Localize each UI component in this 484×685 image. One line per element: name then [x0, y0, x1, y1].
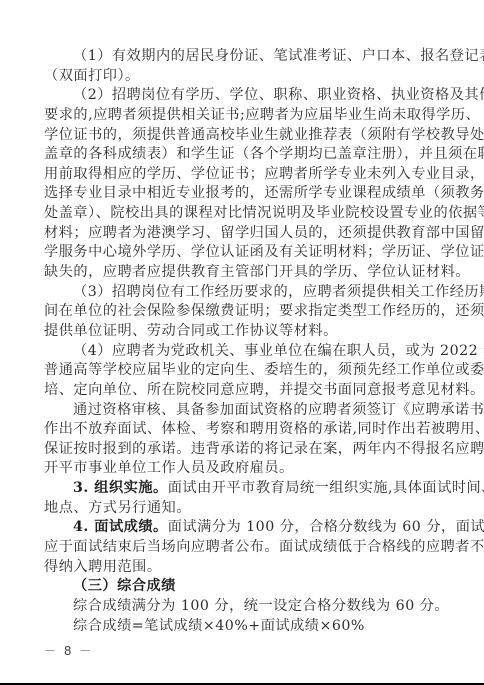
text-line: 开平市事业单位工作人员及政府雇员。 [44, 459, 435, 479]
page-number: － 8 － [44, 642, 93, 659]
text-line: 缺失的，应聘者应提供教育主管部门开具的学历、学位认证材料。 [44, 263, 435, 283]
document-body: （1）有效期内的居民身份证、笔试准考证、户口本、报名登记表 （双面打印）。 （2… [44, 47, 435, 636]
text-line: 处盖章）、院校出具的课程对比情况说明及毕业院校设置专业的依据等 [44, 204, 435, 224]
text-line: 通过资格审核、具备参加面试资格的应聘者须签订《应聘承诺书》, [44, 401, 435, 421]
text-line: 地点、方式另行通知。 [44, 499, 435, 519]
text-line: 学位证书的，须提供普通高校毕业生就业推荐表（须附有学校教导处 [44, 126, 435, 146]
text-line: 应于面试结束后当场向应聘者公布。面试成绩低于合格线的应聘者不 [44, 538, 435, 558]
text-line-item4: 4. 面试成绩。面试满分为 100 分，合格分数线为 60 分，面试成绩 [44, 518, 435, 538]
text-line: 选择专业目录中相近专业报考的，还需所学专业课程成绩单（须教务 [44, 184, 435, 204]
text-line: 得纳入聘用范围。 [44, 558, 435, 578]
text-line: 作出不放弃面试、体检、考察和聘用资格的承诺,同时作出若被聘用、 [44, 420, 435, 440]
text-line: 要求的,应聘者须提供相关证书;应聘者为应届毕业生尚未取得学历、 [44, 106, 435, 126]
text-line: （4）应聘者为党政机关、事业单位在编在职人员，或为 2022 年 [44, 342, 435, 362]
text-line: 普通高等学校应届毕业的定向生、委培生的，须预先经工作单位或委 [44, 361, 435, 381]
text-line: 盖章的各科成绩表）和学生证（各个学期均已盖章注册），并且须在聘 [44, 145, 435, 165]
formula-line: 综合成绩=笔试成绩×40%+面试成绩×60% [44, 617, 435, 637]
text-line: 综合成绩满分为 100 分，统一设定合格分数线为 60 分。 [44, 597, 435, 617]
text-line: 提供单位证明、劳动合同或工作协议等材料。 [44, 322, 435, 342]
section-heading-composite-score: （三）综合成绩 [44, 577, 435, 597]
text-line-item3: 3. 组织实施。面试由开平市教育局统一组织实施,具体面试时间、 [44, 479, 435, 499]
heading-interview-score: 4. 面试成绩。 [73, 519, 168, 535]
text-line: 培、定向单位、所在院校同意应聘，并提交书面同意报考意见材料。 [44, 381, 435, 401]
text-line: （3）招聘岗位有工作经历要求的，应聘者须提供相关工作经历期 [44, 283, 435, 303]
text-line: 间在单位的社会保险参保缴费证明；要求指定类型工作经历的，还须 [44, 302, 435, 322]
text-line: 用前取得相应的学历、学位证书；应聘者所学专业未列入专业目录， [44, 165, 435, 185]
text-line: （双面打印）。 [44, 67, 435, 87]
text-line: 保证按时报到的承诺。违背承诺的将记录在案，两年内不得报名应聘 [44, 440, 435, 460]
text-line: 材料；应聘者为港澳学习、留学归国人员的，还须提供教育部中国留 [44, 224, 435, 244]
text-line: （1）有效期内的居民身份证、笔试准考证、户口本、报名登记表 [44, 47, 435, 67]
text-line: （2）招聘岗位有学历、学位、职称、职业资格、执业资格及其他 [44, 86, 435, 106]
document-page: （1）有效期内的居民身份证、笔试准考证、户口本、报名登记表 （双面打印）。 （2… [0, 0, 484, 683]
heading-organization: 3. 组织实施。 [73, 480, 168, 496]
text-line: 学服务中心境外学历、学位认证函及有关证明材料；学历证、学位证 [44, 243, 435, 263]
